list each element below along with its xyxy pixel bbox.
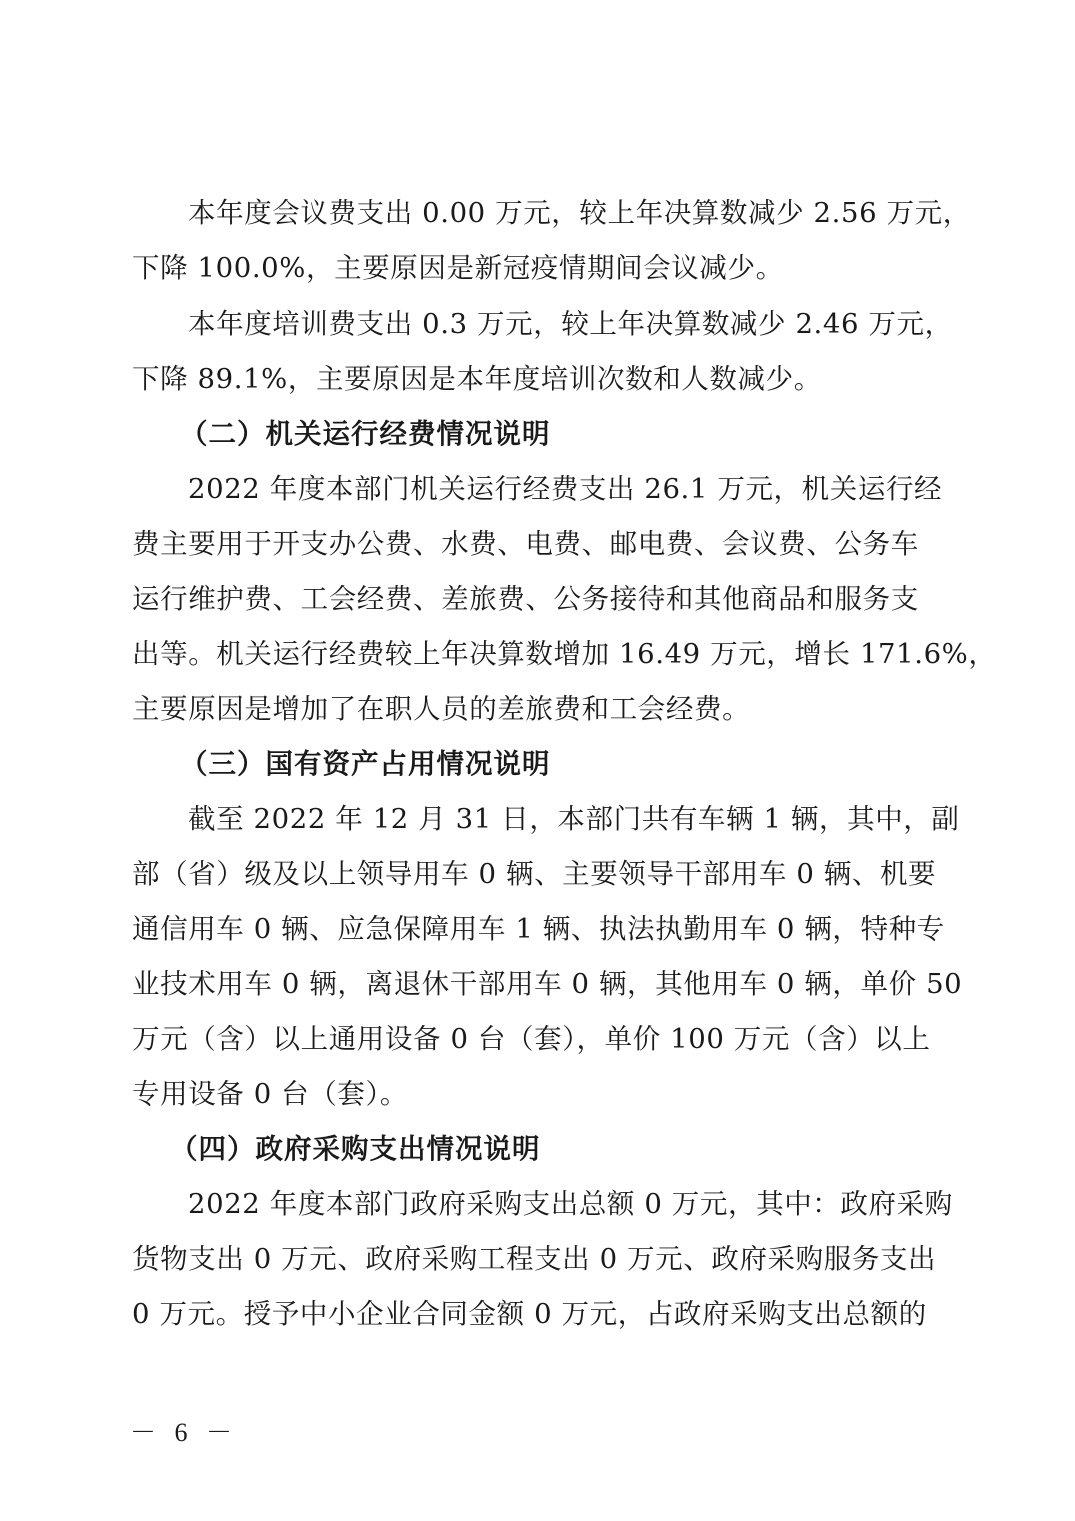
paragraph-line: 截至 2022 年 12 月 31 日，本部门共有车辆 1 辆，其中，副 bbox=[188, 801, 960, 837]
paragraph-line: 通信用车 0 辆、应急保障用车 1 辆、执法执勤用车 0 辆，特种专 bbox=[132, 911, 945, 947]
section-heading: （三）国有资产占用情况说明 bbox=[180, 746, 551, 782]
paragraph-line: 货物支出 0 万元、政府采购工程支出 0 万元、政府采购服务支出 bbox=[132, 1241, 936, 1277]
paragraph-line: 专用设备 0 台（套）。 bbox=[132, 1076, 408, 1112]
paragraph-line: 业技术用车 0 辆，离退休干部用车 0 辆，其他用车 0 辆，单价 50 bbox=[132, 966, 962, 1002]
paragraph-line: 本年度培训费支出 0.3 万元，较上年决算数减少 2.46 万元， bbox=[188, 306, 953, 342]
section-heading: （四）政府采购支出情况说明 bbox=[170, 1131, 541, 1167]
page-number: － 6 － bbox=[130, 1412, 238, 1449]
paragraph-line: 费主要用于开支办公费、水费、电费、邮电费、会议费、公务车 bbox=[132, 526, 919, 562]
paragraph-line: 下降 100.0%，主要原因是新冠疫情期间会议减少。 bbox=[132, 250, 784, 286]
paragraph-line: 0 万元。授予中小企业合同金额 0 万元，占政府采购支出总额的 bbox=[132, 1296, 927, 1332]
paragraph-line: 本年度会议费支出 0.00 万元，较上年决算数减少 2.56 万元， bbox=[188, 195, 971, 231]
paragraph-line: 出等。机关运行经费较上年决算数增加 16.49 万元，增长 171.6%， bbox=[132, 636, 997, 672]
paragraph-line: 2022 年度本部门机关运行经费支出 26.1 万元，机关运行经 bbox=[188, 471, 942, 507]
paragraph-line: 万元（含）以上通用设备 0 台（套），单价 100 万元（含）以上 bbox=[132, 1021, 931, 1057]
paragraph-line: 下降 89.1%，主要原因是本年度培训次数和人数减少。 bbox=[132, 361, 822, 397]
paragraph-line: 主要原因是增加了在职人员的差旅费和工会经费。 bbox=[132, 691, 750, 727]
paragraph-line: 2022 年度本部门政府采购支出总额 0 万元，其中：政府采购 bbox=[188, 1186, 953, 1222]
paragraph-line: 部（省）级及以上领导用车 0 辆、主要领导干部用车 0 辆、机要 bbox=[132, 856, 936, 892]
paragraph-line: 运行维护费、工会经费、差旅费、公务接待和其他商品和服务支 bbox=[132, 581, 919, 617]
section-heading: （二）机关运行经费情况说明 bbox=[180, 416, 551, 452]
